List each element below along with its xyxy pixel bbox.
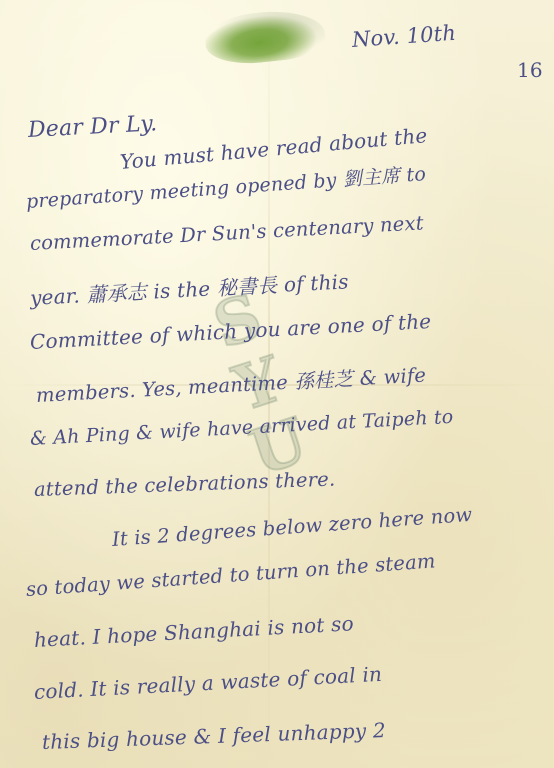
page-number: 16 bbox=[517, 58, 543, 82]
